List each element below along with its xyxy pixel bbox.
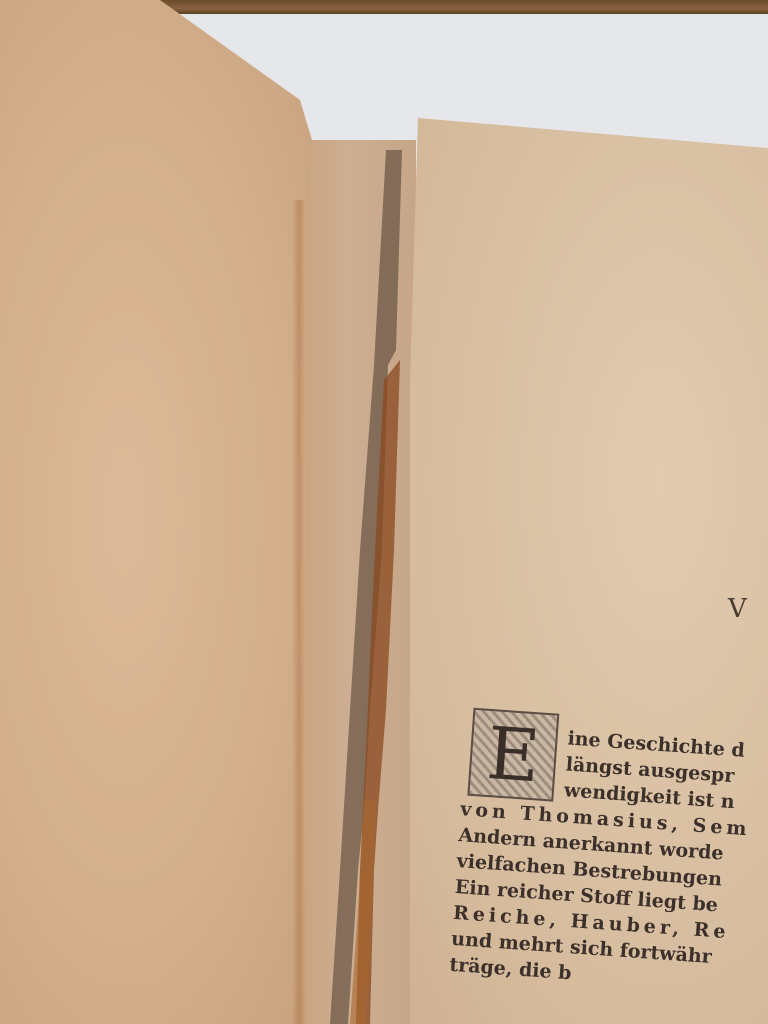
left-page: [0, 0, 312, 1024]
chapter-heading-fragment: V: [728, 594, 753, 624]
left-page-edge-stain: [292, 200, 306, 1024]
gutter-page: [306, 140, 416, 1024]
initial-letter: E: [470, 710, 558, 800]
decorated-initial: E: [467, 708, 559, 802]
